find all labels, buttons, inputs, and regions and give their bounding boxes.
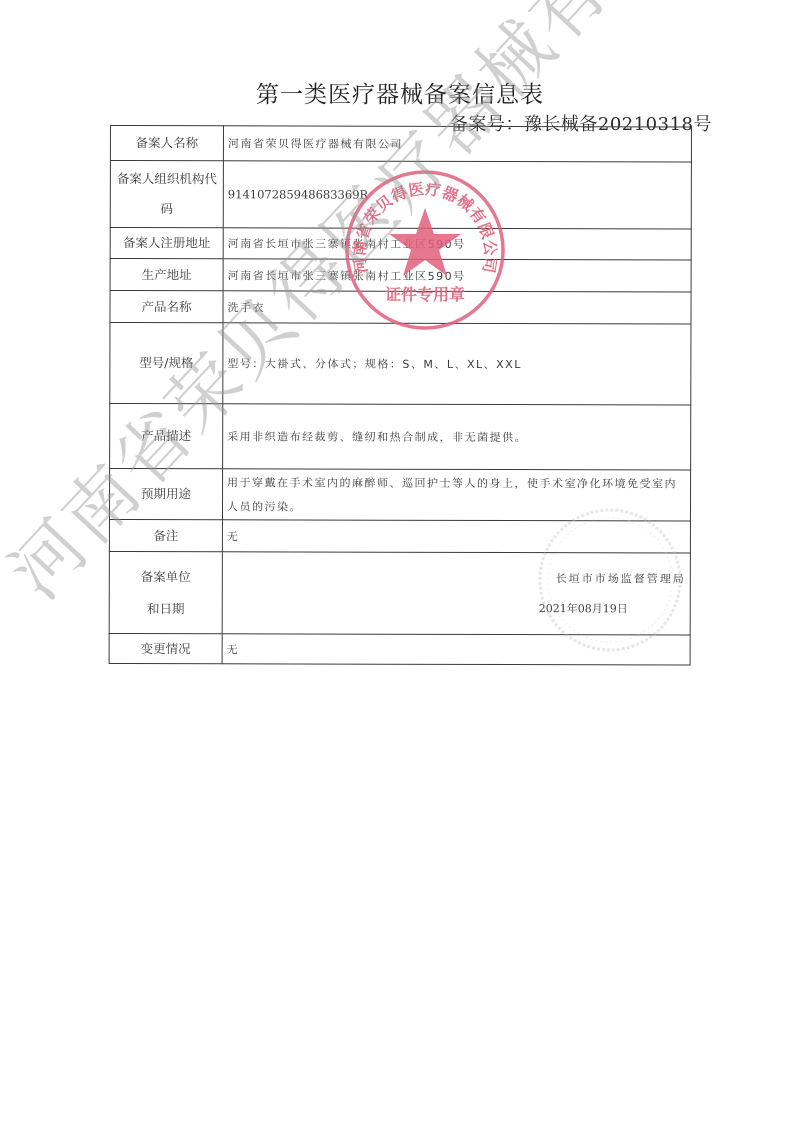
table-row: 型号/规格 型号：大褂式、分体式；规格：S、M、L、XL、XXL — [110, 323, 691, 406]
table-row: 备案人名称 河南省荣贝得医疗器械有限公司 — [110, 126, 691, 163]
value-intended-use: 用于穿戴在手术室内的麻醉师、巡回护士等人的身上，使手术室净化环境免受室内人员的污… — [222, 469, 690, 521]
value-registered-address: 河南省长垣市张三寨镇张南村工业区590号 — [223, 228, 691, 260]
label-intended-use: 预期用途 — [109, 469, 222, 520]
label-filer-name: 备案人名称 — [110, 126, 223, 161]
label-remarks: 备注 — [109, 519, 222, 551]
value-remarks: 无 — [222, 520, 690, 553]
value-filing-unit-date: 长垣市市场监督管理局 2021年08月19日 — [222, 552, 690, 635]
table-row: 产品名称 洗手衣 — [110, 291, 691, 325]
value-filer-name: 河南省荣贝得医疗器械有限公司 — [223, 126, 691, 162]
table-row: 变更情况 无 — [109, 633, 690, 665]
label-model-spec: 型号/规格 — [110, 323, 223, 404]
document-title: 第一类医疗器械备案信息表 — [0, 76, 800, 109]
table-row: 预期用途 用于穿戴在手术室内的麻醉师、巡回护士等人的身上，使手术室净化环境免受室… — [109, 469, 690, 522]
table-row: 产品描述 采用非织造布经裁剪、缝纫和热合制成，非无菌提供。 — [110, 404, 691, 471]
table-row: 备案人注册地址 河南省长垣市张三寨镇张南村工业区590号 — [110, 228, 691, 261]
filing-authority: 长垣市市场监督管理局 — [227, 563, 686, 594]
label-org-code: 备案人组织机构代码 — [110, 161, 223, 228]
label-registered-address: 备案人注册地址 — [110, 228, 223, 259]
label-filing-unit-line1: 备案单位 — [141, 569, 191, 584]
value-org-code: 914107285948683369R — [223, 161, 691, 229]
label-product-description: 产品描述 — [110, 404, 223, 469]
table-row: 备注 无 — [109, 519, 690, 553]
value-production-address: 河南省长垣市张三寨镇张南村工业区590号 — [223, 259, 691, 292]
label-product-name: 产品名称 — [110, 291, 223, 323]
label-production-address: 生产地址 — [110, 259, 223, 291]
value-change-status: 无 — [222, 634, 690, 665]
filing-date: 2021年08月19日 — [227, 593, 686, 624]
label-filing-unit-line2: 和日期 — [147, 601, 185, 616]
table-row: 备案单位 和日期 长垣市市场监督管理局 2021年08月19日 — [109, 551, 690, 635]
value-product-name: 洗手衣 — [223, 291, 691, 324]
value-model-spec: 型号：大褂式、分体式；规格：S、M、L、XL、XXL — [223, 323, 691, 405]
table-row: 备案人组织机构代码 914107285948683369R — [110, 161, 691, 230]
label-filing-unit-date: 备案单位 和日期 — [109, 551, 222, 633]
table-row: 生产地址 河南省长垣市张三寨镇张南村工业区590号 — [110, 259, 691, 293]
record-info-table: 备案人名称 河南省荣贝得医疗器械有限公司 备案人组织机构代码 914107285… — [109, 125, 692, 666]
label-change-status: 变更情况 — [109, 633, 222, 663]
value-product-description: 采用非织造布经裁剪、缝纫和热合制成，非无菌提供。 — [223, 404, 691, 470]
